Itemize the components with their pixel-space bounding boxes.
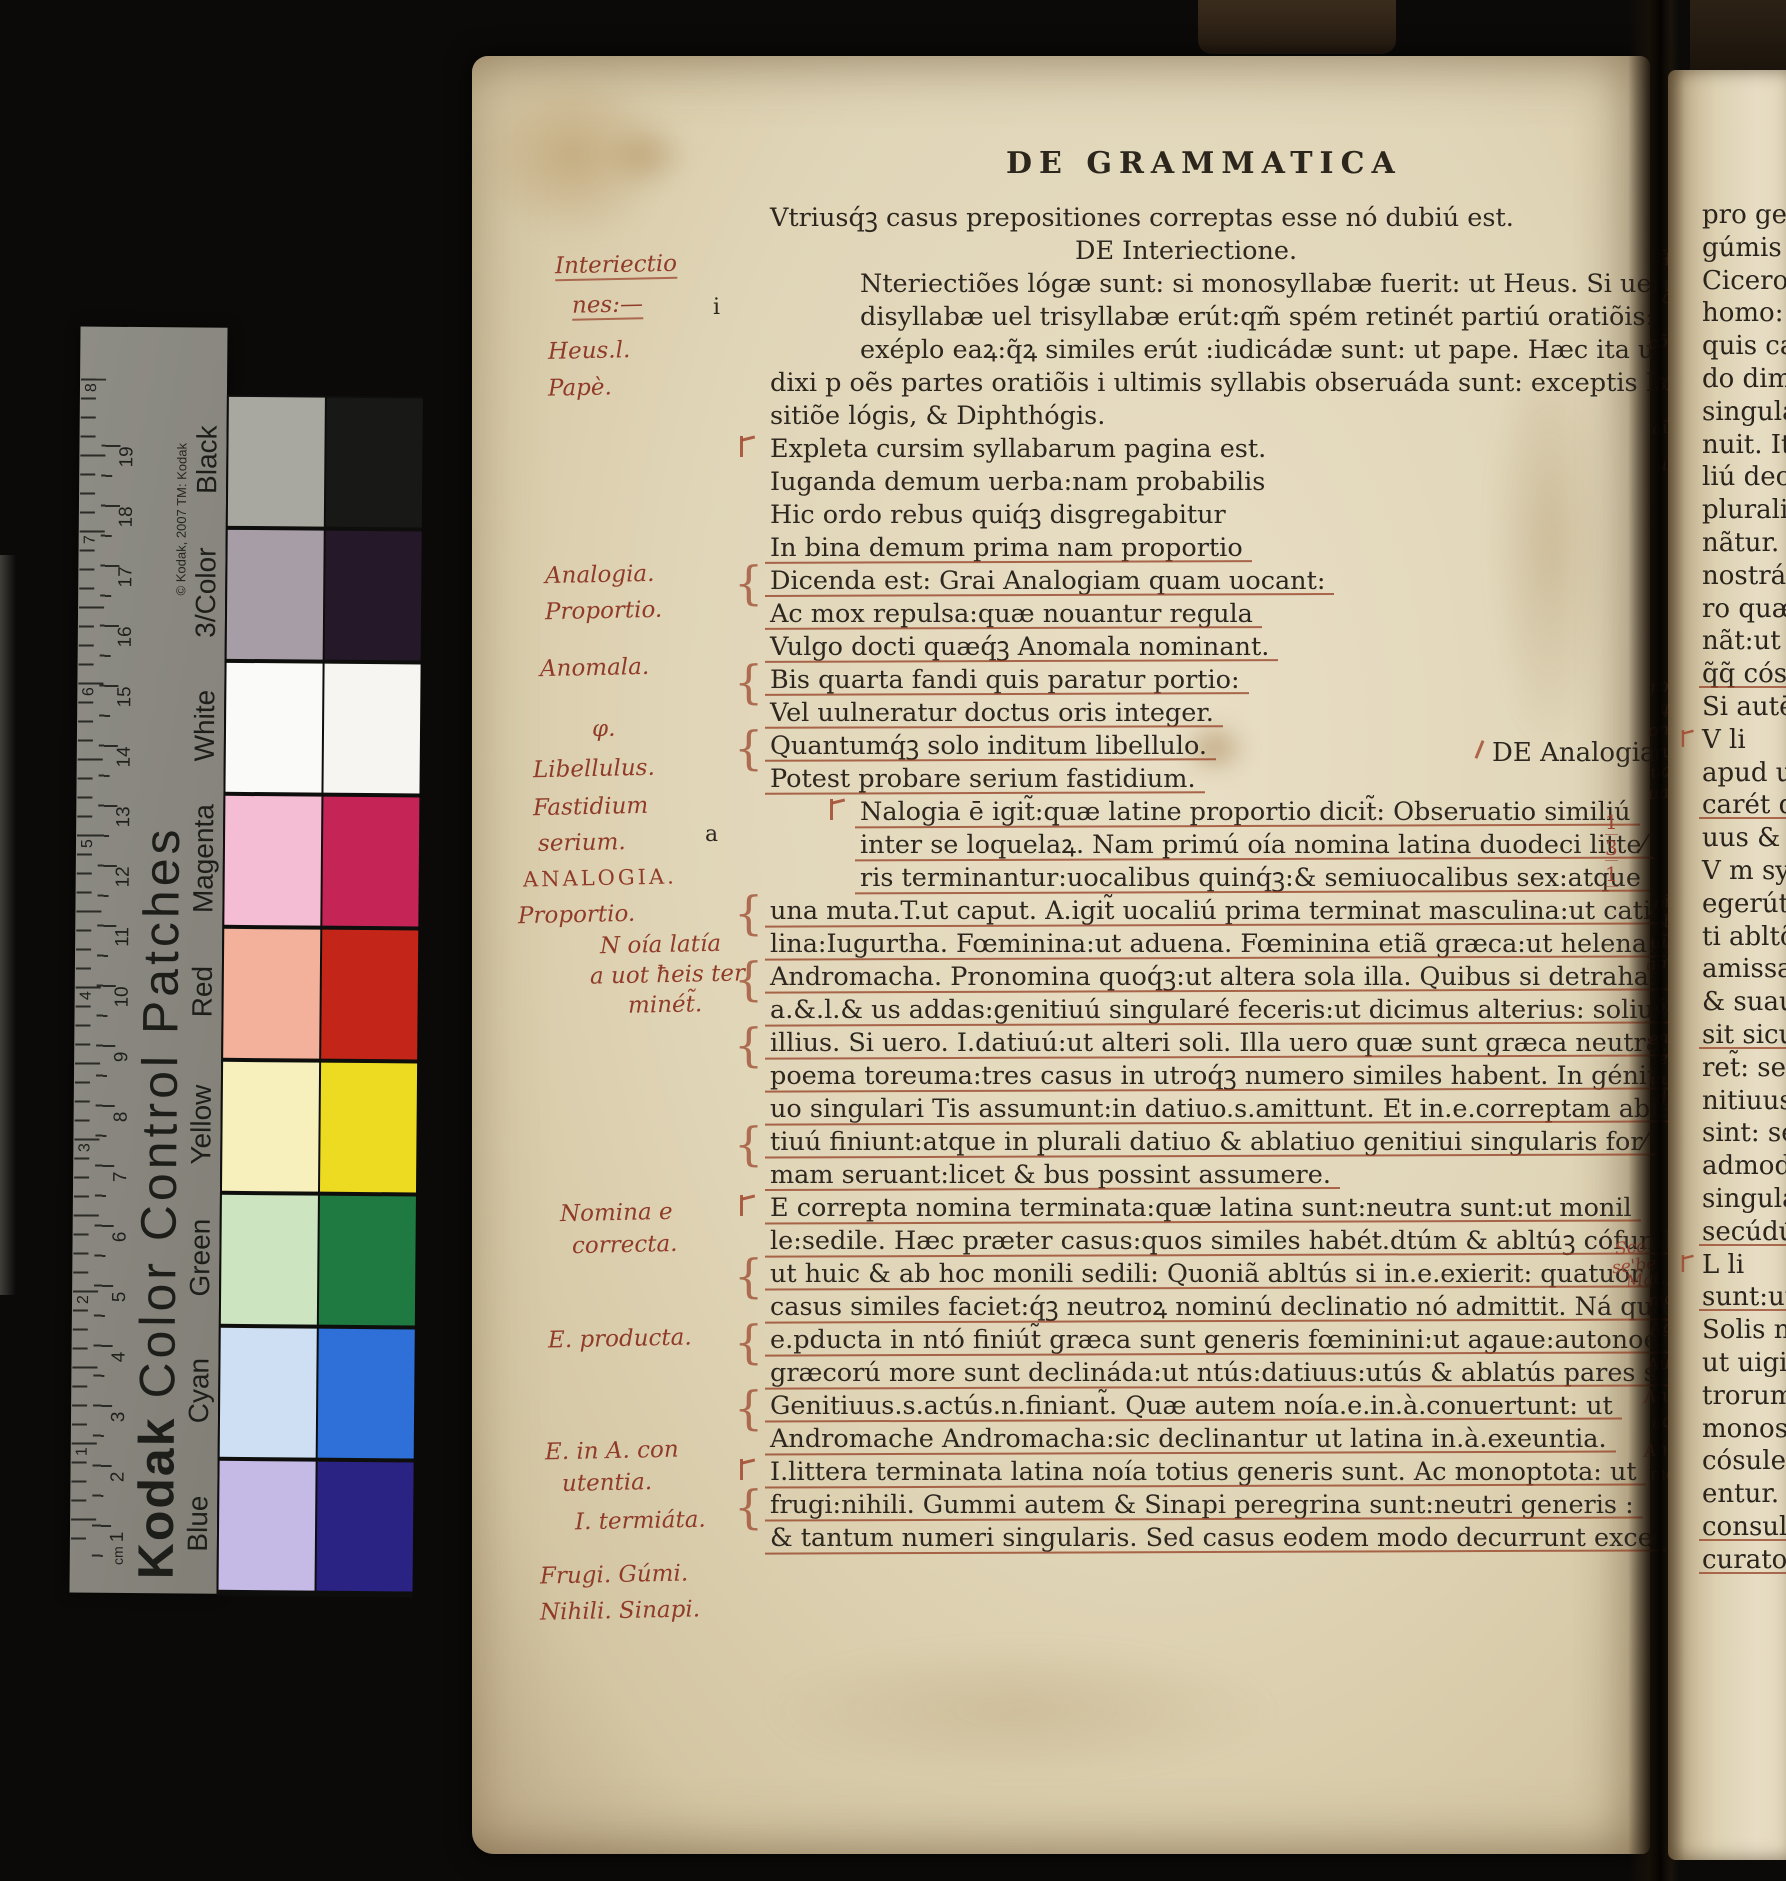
ruler-number-cm: 1 [107, 1532, 129, 1543]
ruler-number-cm: 2 [107, 1472, 129, 1483]
adjacent-page-line: secúdú [1702, 1217, 1786, 1247]
rubric-paragraph-mark [1682, 730, 1696, 747]
adjacent-page-line: amissaq̃ [1702, 954, 1786, 984]
text-line: In bina demum prima nam proportio [770, 532, 1243, 565]
ruler-number-inch: 7 [82, 535, 100, 544]
text-line: Vel uulneratur doctus oris integer. [770, 697, 1214, 730]
margin-note: Papè. [548, 374, 612, 401]
text-line: Potest probare serium fastidium. [770, 763, 1196, 796]
ruler-number-cm: 5 [109, 1292, 131, 1303]
ruler-number-inch: 1 [74, 1447, 92, 1456]
color-patch-magenta-light [224, 796, 321, 926]
color-patch-green-light [221, 1195, 318, 1325]
color-patch-yellow-dark [320, 1063, 417, 1193]
margin-note: Fastidium [533, 793, 649, 821]
rubric-brace [734, 722, 763, 774]
adjacent-page-line: carét du [1702, 790, 1786, 820]
kodak-color-card: cm Kodak Color Control Patches © Kodak, … [69, 327, 423, 1596]
ruler-number-cm: 3 [108, 1412, 130, 1423]
color-patch-green-dark [319, 1196, 416, 1326]
margin-note: φ. [592, 716, 616, 742]
margin-note: Interiectio [555, 251, 678, 282]
ruler-number-cm: 15 [114, 686, 136, 707]
margin-note: Nihili. Sinapi. [540, 1596, 701, 1625]
text-line: Quantumq́ꝫ solo inditum libellulo. [770, 730, 1207, 763]
margin-note: Frugi. Gúmi. [540, 1560, 689, 1589]
rubric-brace [734, 887, 763, 939]
adjacent-page-line: nitiuus [1702, 1086, 1786, 1116]
adjacent-page-line: gúmis [1702, 233, 1782, 263]
text-line: a.&.l.& us addas:genitiuú singularé fece… [770, 994, 1675, 1027]
rubric-paragraph-mark [740, 1195, 757, 1216]
adjacent-page-line: Si autē [1702, 692, 1786, 722]
text-line: casus similes faciet:q́ꝫ neutroꝝ nominú … [770, 1291, 1677, 1324]
adjacent-page-line: nostrá [1702, 561, 1786, 591]
adjacent-page-line: entur. P [1702, 1479, 1786, 1509]
adjacent-page-line: & suau [1702, 987, 1786, 1017]
ruler-number-cm: 16 [115, 626, 137, 647]
color-patch-yellow-light [222, 1062, 319, 1192]
margin-note: Proportio. [518, 901, 636, 929]
color-patch-blue-light [219, 1461, 316, 1591]
patch-label-yellow: Yellow [185, 1085, 218, 1165]
adjacent-page-line: ti abltõ [1702, 922, 1786, 952]
ruler-number-inch: 4 [78, 991, 96, 1000]
adjacent-page-line: quis ca [1702, 331, 1786, 361]
adjacent-page-line: nãt:ut [1702, 626, 1781, 656]
card-brand: Kodak [128, 1416, 185, 1579]
ruler-number-inch: 3 [76, 1143, 94, 1152]
text-line: ris terminantur:uocalibus quinq́ꝫ:& semi… [860, 862, 1641, 895]
text-line: frugi:nihili. Gummi autem & Sinapi pereg… [770, 1489, 1634, 1522]
margin-note: E. producta. [548, 1324, 692, 1353]
color-patch-white-light [225, 663, 322, 793]
patch-label-3color: 3/Color [190, 547, 223, 638]
text-line: uo singulari Tis assumunt:in datiuo.s.am… [770, 1093, 1674, 1126]
rubric-brace [734, 1118, 763, 1170]
color-patch-blue-dark [317, 1462, 414, 1592]
adjacent-page-line: L li [1702, 1250, 1744, 1280]
adjacent-page-line: singula [1702, 397, 1786, 427]
adjacent-page-line: pro ge [1702, 200, 1786, 230]
margin-note: Analogia. [545, 561, 655, 589]
ruler-number-cm: 14 [114, 746, 136, 767]
adjacent-page-line: nuit. It [1702, 430, 1786, 460]
page-title: DE GRAMMATICA [1006, 146, 1402, 181]
adjacent-page-line: uus & a [1702, 823, 1786, 853]
text-line: exéplo eaꝝ:q̃ꝝ similes erút :iudicádæ su… [860, 334, 1665, 367]
patch-label-cyan: Cyan [183, 1358, 216, 1424]
rubric-brace [734, 656, 763, 708]
text-line: illius. Si uero. I.datiuú:ut alteri soli… [770, 1027, 1696, 1060]
ruler-number-cm: 8 [111, 1112, 133, 1123]
color-patch-3color-light [227, 530, 324, 660]
adjacent-page-line: egerút. [1702, 889, 1786, 919]
ruler-number-cm: 4 [108, 1352, 130, 1363]
adjacent-page-line: consul d [1702, 1512, 1786, 1542]
adjacent-page-line: singular [1702, 1184, 1786, 1214]
card-copyright: © Kodak, 2007 TM: Kodak [173, 385, 190, 595]
rubric-number: 1 [1605, 810, 1618, 835]
ruler-number-cm: 17 [115, 566, 137, 587]
rubric-number: 3 [1605, 836, 1618, 861]
margin-note: I. termiáta. [575, 1507, 706, 1536]
text-line: Ac mox repulsa:quæ nouantur regula [770, 598, 1253, 631]
adjacent-page-line: curator [1702, 1545, 1786, 1575]
color-patch-cyan-dark [318, 1329, 415, 1459]
rubric-paragraph-mark [830, 799, 847, 820]
rubric-paragraph-mark [1682, 1255, 1696, 1272]
text-line: mam seruant:licet & bus possint assumere… [770, 1159, 1331, 1192]
page-stain [600, 120, 690, 190]
text-line: Bis quarta fandi quis paratur portio: [770, 664, 1240, 697]
ruler-number-cm: 10 [112, 986, 134, 1007]
ruler-number-cm: 19 [116, 446, 138, 467]
margin-note: minét̃. [628, 991, 703, 1019]
ruler-number-cm: 18 [116, 506, 138, 527]
adjacent-page-line: monosy [1702, 1414, 1786, 1444]
table-edge-highlight [0, 555, 16, 1295]
text-line: disyllabæ uel trisyllabæ erút:qm̃ spém r… [860, 301, 1654, 334]
rubric-paragraph-mark [740, 1459, 757, 1480]
rubric-number: 1 [1605, 862, 1618, 887]
guide-letter: a [705, 822, 718, 847]
adjacent-page-line: sunt:ut [1702, 1282, 1786, 1312]
color-patch-magenta-dark [322, 797, 419, 927]
patch-label-black: Black [191, 425, 224, 494]
rubric-brace [734, 1382, 763, 1434]
text-line: Iuganda demum uerba:nam probabilis [770, 466, 1265, 499]
margin-note: ANALOGIA. [523, 864, 677, 891]
ruler-number-inch: 6 [80, 687, 98, 696]
patch-label-magenta: Magenta [187, 804, 220, 913]
color-patch-red-light [223, 929, 320, 1059]
margin-note: Nomina e [560, 1199, 673, 1227]
book-spine-edge [1198, 0, 1396, 54]
ruler-number-cm: 11 [112, 927, 134, 947]
ruler-number-inch: 2 [75, 1295, 93, 1304]
margin-note: correcta. [572, 1231, 678, 1259]
ruler-number-cm: 13 [113, 806, 135, 827]
adjacent-page-line: ro quæ [1702, 594, 1786, 624]
adjacent-page-line: V m syl [1702, 856, 1786, 886]
text-line: DE Interiectione. [1075, 235, 1297, 268]
text-line: e.pducta in ntó finiút̃ græca sunt gener… [770, 1324, 1659, 1357]
adjacent-page-line: sint: ser [1702, 1118, 1786, 1148]
ruler-number-cm: 9 [111, 1052, 133, 1063]
text-line: inter se loquelaꝝ. Nam primú oía nomina … [860, 829, 1646, 862]
text-line: Vtriusq́ꝫ casus prepositiones correptas … [770, 202, 1514, 235]
margin-note: a uot ħeis ter [590, 960, 745, 989]
color-patch-black-light [228, 397, 325, 527]
color-patch-white-dark [323, 664, 420, 794]
adjacent-page-line: do dim [1702, 364, 1786, 394]
adjacent-page-line: Solis n [1702, 1315, 1786, 1345]
text-line: sitiõe lógis, & Diphthógis. [770, 400, 1105, 433]
adjacent-page-line: trorum [1702, 1381, 1786, 1411]
adjacent-page-line: Cicero [1702, 266, 1786, 296]
ruler-number-inch: 5 [79, 839, 97, 848]
color-patch-black-dark [326, 398, 423, 528]
text-line: le:sedile. Hæc præter casus:quos similes… [770, 1225, 1699, 1258]
rubric-brace [734, 1316, 763, 1368]
ruler-cm-label: cm [110, 1546, 126, 1565]
margin-note: Heus.l. [548, 337, 631, 365]
adjacent-page-line: cósule i [1702, 1446, 1786, 1476]
ruler-number-inch: 8 [83, 383, 101, 392]
text-line: & tantum numeri singularis. Sed casus eo… [770, 1522, 1657, 1555]
text-line: Andromache Andromacha:sic declinantur ut… [770, 1423, 1607, 1456]
color-patch-3color-dark [325, 531, 422, 661]
margin-note: Proportio. [545, 597, 663, 625]
manuscript-photo-scene: DE GRAMMATICA Vtriusq́ꝫ casus prepositio… [0, 0, 1786, 1881]
margin-note: N oía latía [600, 931, 722, 960]
text-line: Andromacha. Pronomina quoq́ꝫ:ut altera s… [770, 961, 1662, 994]
adjacent-page-line: apud u [1702, 758, 1786, 788]
patch-label-red: Red [187, 966, 219, 1018]
color-patch-red-dark [321, 930, 418, 1060]
text-line: tiuú finiunt:atque in plurali datiuo & a… [770, 1126, 1647, 1159]
patch-label-blue: Blue [182, 1495, 214, 1551]
margin-note: Libellulus. [533, 755, 655, 784]
ruler-number-cm: 7 [110, 1172, 132, 1183]
page-stain [760, 1640, 1280, 1780]
adjacent-page-line: nãtur. [1702, 528, 1779, 558]
text-line: Nteriectiões lógæ sunt: si monosyllabæ f… [860, 268, 1679, 301]
text-line: poema toreuma:tres casus in utroq́ꝫ nume… [770, 1060, 1666, 1093]
adjacent-page-line: V li [1702, 725, 1746, 755]
guide-letter: i [713, 295, 720, 320]
text-line: E correpta nomina terminata:quæ latina s… [770, 1192, 1632, 1225]
adjacent-page-line: q̃q̃ cósu [1702, 659, 1786, 689]
rubric-brace [734, 557, 763, 609]
adjacent-page-line: liú decl [1702, 462, 1786, 492]
adjacent-page-line: ret̃: sed [1702, 1053, 1786, 1083]
text-line: græcorú more sunt declináda:ut ntús:dati… [770, 1357, 1700, 1390]
text-line: ut huic & ab hoc monili sedili: Quoniã a… [770, 1258, 1642, 1291]
text-line: dixi p oẽs partes oratiõis i ultimis syl… [770, 367, 1677, 400]
margin-note: Anomala. [540, 654, 650, 682]
patch-label-green: Green [184, 1219, 217, 1297]
patch-label-white: White [189, 690, 222, 762]
text-line: lina:Iugurtha. Fœminina:ut aduena. Fœmin… [770, 928, 1656, 961]
text-line: Nalogia ē igit̃:quæ latine proportio dic… [860, 796, 1631, 829]
adjacent-page-line: homo: [1702, 298, 1783, 328]
adjacent-page-line: ut uigil [1702, 1348, 1786, 1378]
margin-note: utentia. [562, 1469, 653, 1497]
card-title-rest: Color Control Patches [129, 825, 190, 1416]
text-line: Dicenda est: Grai Analogiam quam uocant: [770, 565, 1325, 598]
adjacent-page-line: admodu [1702, 1151, 1786, 1181]
text-line: Expleta cursim syllabarum pagina est. [770, 433, 1266, 466]
text-line: una muta.T.ut caput. A.igit̃ uocaliú pri… [770, 895, 1655, 928]
ruler-number-cm: 12 [113, 866, 135, 887]
rubric-paragraph-mark [740, 436, 757, 457]
adjacent-page-line: sit sicut [1702, 1020, 1786, 1050]
margin-note: nes:— [572, 291, 644, 320]
adjacent-page-line: pluralia [1702, 495, 1786, 525]
rubric-brace [734, 1481, 763, 1533]
ruler-number-cm: 6 [110, 1232, 132, 1243]
text-line: Hic ordo rebus quiq́ꝫ disgregabitur [770, 499, 1226, 532]
text-line: Vulgo docti quæq́ꝫ Anomala nominant. [770, 631, 1269, 664]
text-line: I.littera terminata latina noía totius g… [770, 1456, 1637, 1489]
margin-note: serium. [538, 829, 626, 857]
rubric-brace [734, 1019, 763, 1071]
text-line: Genitiuus.s.actús.n.finiant̃. Quæ autem … [770, 1390, 1613, 1423]
color-patch-cyan-light [220, 1328, 317, 1458]
rubric-brace [734, 1250, 763, 1302]
margin-note: E. in A. con [545, 1437, 679, 1466]
